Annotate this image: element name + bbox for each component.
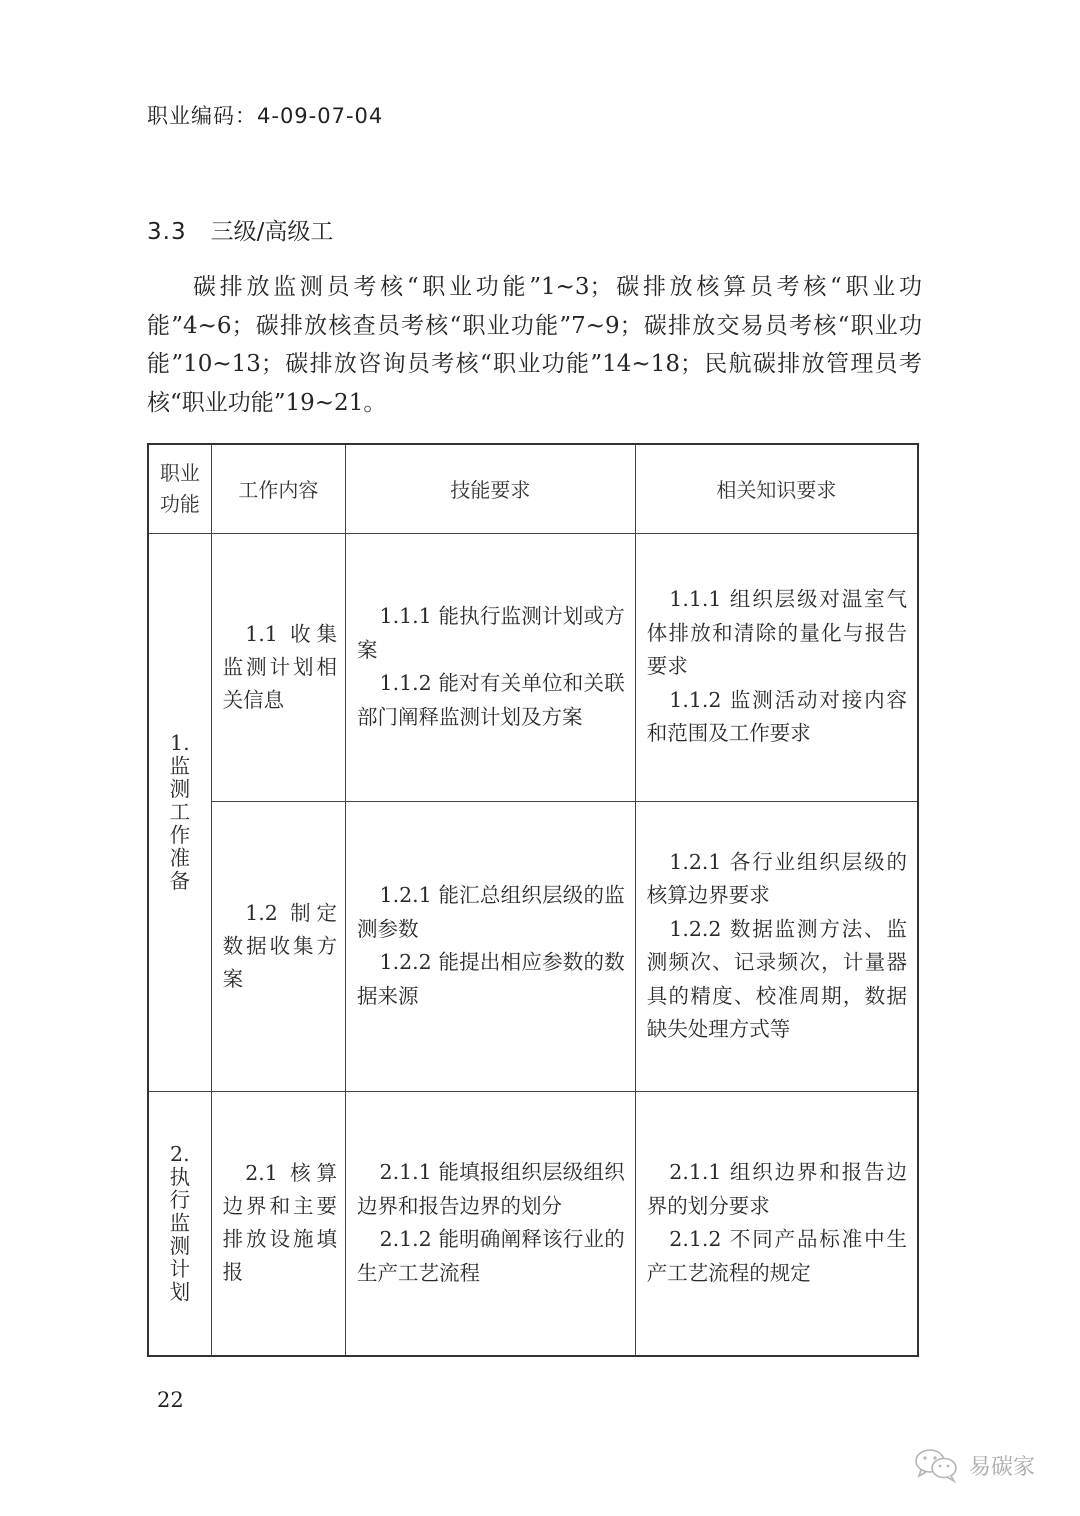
work-content-text: 2.1 核算边界和主要排放设施填报 — [223, 1157, 337, 1289]
skill-standard-table: 职业功能 工作内容 技能要求 相关知识要求 1.监测工作准备 1.1 收集监测计… — [147, 443, 919, 1357]
knowledge-item: 1.2.1 各行业组织层级的核算边界要求 — [647, 846, 907, 913]
occupation-code: 职业编码：4-09-07-04 — [147, 100, 383, 130]
skill-item: 1.2.2 能提出相应参数的数据来源 — [357, 946, 625, 1013]
intro-paragraph: 碳排放监测员考核“职业功能”1~3；碳排放核算员考核“职业功能”4~6；碳排放核… — [147, 268, 922, 422]
knowledge-cell: 1.1.1 组织层级对温室气体排放和清除的量化与报告要求 1.1.2 监测活动对… — [635, 533, 918, 801]
section-title: 三级/高级工 — [211, 219, 334, 245]
page-number: 22 — [157, 1388, 184, 1412]
function-cell: 1.监测工作准备 — [148, 533, 211, 1091]
skill-cell: 2.1.1 能填报组织层级组织边界和报告边界的划分 2.1.2 能明确阐释该行业… — [346, 1091, 636, 1356]
header-label: 相关知识要求 — [636, 474, 917, 503]
work-content-cell: 2.1 核算边界和主要排放设施填报 — [211, 1091, 345, 1356]
table-header-row: 职业功能 工作内容 技能要求 相关知识要求 — [148, 444, 918, 533]
skill-item: 1.2.1 能汇总组织层级的监测参数 — [357, 879, 625, 946]
skill-cell: 1.2.1 能汇总组织层级的监测参数 1.2.2 能提出相应参数的数据来源 — [346, 801, 636, 1091]
knowledge-item: 2.1.2 不同产品标准中生产工艺流程的规定 — [647, 1223, 907, 1290]
skill-item: 1.1.2 能对有关单位和关联部门阐释监测计划及方案 — [357, 667, 625, 734]
header-cell-knowledge: 相关知识要求 — [635, 444, 918, 533]
work-content-cell: 1.2 制定数据收集方案 — [211, 801, 345, 1091]
function-cell: 2.执行监测计划 — [148, 1091, 211, 1356]
header-cell-work-content: 工作内容 — [211, 444, 345, 533]
knowledge-item: 1.1.1 组织层级对温室气体排放和清除的量化与报告要求 — [647, 583, 907, 684]
knowledge-cell: 1.2.1 各行业组织层级的核算边界要求 1.2.2 数据监测方法、监测频次、记… — [635, 801, 918, 1091]
knowledge-item: 1.1.2 监测活动对接内容和范围及工作要求 — [647, 684, 907, 751]
work-content-text: 1.1 收集监测计划相关信息 — [223, 618, 337, 717]
table-row: 1.2 制定数据收集方案 1.2.1 能汇总组织层级的监测参数 1.2.2 能提… — [148, 801, 918, 1091]
work-content-cell: 1.1 收集监测计划相关信息 — [211, 533, 345, 801]
knowledge-item: 2.1.1 组织边界和报告边界的划分要求 — [647, 1156, 907, 1223]
header-cell-skill: 技能要求 — [346, 444, 636, 533]
skill-item: 2.1.2 能明确阐释该行业的生产工艺流程 — [357, 1223, 625, 1290]
skill-item: 1.1.1 能执行监测计划或方案 — [357, 600, 625, 667]
work-content-text: 1.2 制定数据收集方案 — [223, 897, 337, 996]
wechat-icon — [913, 1447, 963, 1483]
skill-cell: 1.1.1 能执行监测计划或方案 1.1.2 能对有关单位和关联部门阐释监测计划… — [346, 533, 636, 801]
table-row: 2.执行监测计划 2.1 核算边界和主要排放设施填报 2.1.1 能填报组织层级… — [148, 1091, 918, 1356]
section-heading: 3.3三级/高级工 — [147, 213, 333, 246]
section-number: 3.3 — [147, 219, 187, 245]
watermark: 易碳家 — [913, 1447, 1035, 1483]
header-label: 技能要求 — [346, 474, 635, 503]
header-cell-function: 职业功能 — [148, 444, 211, 533]
knowledge-cell: 2.1.1 组织边界和报告边界的划分要求 2.1.2 不同产品标准中生产工艺流程… — [635, 1091, 918, 1356]
function-label: 1.监测工作准备 — [168, 732, 192, 893]
header-label: 职业功能 — [158, 458, 202, 520]
knowledge-item: 1.2.2 数据监测方法、监测频次、记录频次，计量器具的精度、校准周期，数据缺失… — [647, 913, 907, 1047]
watermark-text: 易碳家 — [969, 1450, 1035, 1481]
skill-item: 2.1.1 能填报组织层级组织边界和报告边界的划分 — [357, 1156, 625, 1223]
header-label: 工作内容 — [212, 474, 345, 503]
function-label: 2.执行监测计划 — [168, 1143, 192, 1304]
table-row: 1.监测工作准备 1.1 收集监测计划相关信息 1.1.1 能执行监测计划或方案… — [148, 533, 918, 801]
